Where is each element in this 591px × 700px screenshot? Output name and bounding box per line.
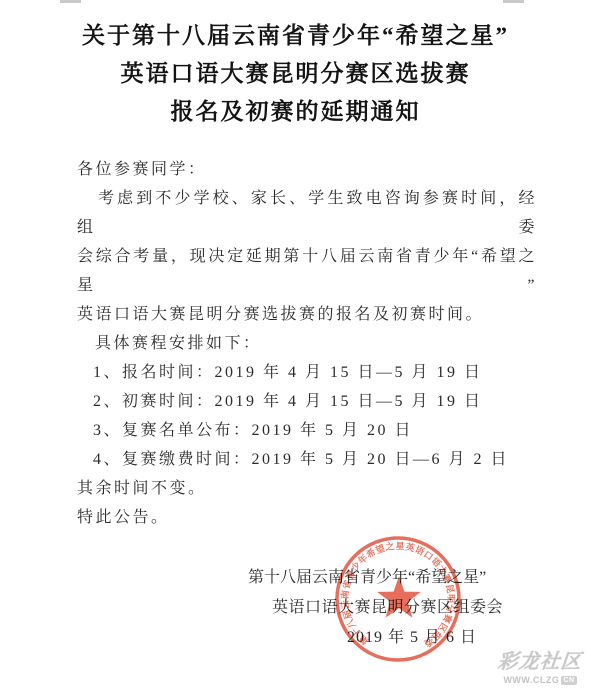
body-line: 英语口语大赛昆明分赛选拔赛的报名及初赛时间。	[77, 300, 537, 329]
signature-date: 2019 年 5 月 6 日	[347, 624, 477, 647]
body-line: 特此公告。	[77, 503, 537, 532]
body-line: 4、复赛缴费时间：2019 年 5 月 20 日—6 月 2 日	[77, 445, 537, 474]
title-line-1: 关于第十八届云南省青少年“希望之星”	[0, 17, 591, 55]
scan-artifact-top-left	[60, 0, 81, 3]
body-line: 各位参赛同学：	[77, 155, 537, 184]
body-line: 会综合考量，现决定延期第十八届云南省青少年“希望之星”	[77, 242, 537, 300]
notice-body: 各位参赛同学：考虑到不少学校、家长、学生致电咨询参赛时间，经组委会综合考量，现决…	[77, 155, 537, 532]
signature-org-line-2: 英语口语大赛昆明分赛区组委会	[272, 594, 503, 617]
watermark-site-name: 彩龙社区	[490, 645, 589, 674]
body-line: 具体赛程安排如下：	[77, 329, 537, 358]
body-line: 考虑到不少学校、家长、学生致电咨询参赛时间，经组委	[77, 184, 537, 242]
notice-title: 关于第十八届云南省青少年“希望之星” 英语口语大赛昆明分赛区选拔赛 报名及初赛的…	[0, 17, 591, 131]
title-line-3: 报名及初赛的延期通知	[0, 93, 591, 131]
document-page: 关于第十八届云南省青少年“希望之星” 英语口语大赛昆明分赛区选拔赛 报名及初赛的…	[0, 0, 591, 700]
scan-artifact-top-right	[503, 0, 524, 3]
body-line: 2、初赛时间：2019 年 4 月 15 日—5 月 19 日	[77, 387, 537, 416]
signature-org-line-1: 第十八届云南省青少年“希望之星”	[248, 564, 486, 587]
body-line: 3、复赛名单公布：2019 年 5 月 20 日	[77, 416, 537, 445]
watermark-url-row: WWW.CLZG CN	[492, 675, 588, 685]
watermark-url-text: WWW.CLZG	[503, 675, 559, 685]
body-line: 1、报名时间：2019 年 4 月 15 日—5 月 19 日	[77, 358, 537, 387]
body-line: 其余时间不变。	[77, 474, 537, 503]
watermark-logo: 彩龙社区 WWW.CLZG CN	[492, 645, 588, 685]
title-line-2: 英语口语大赛昆明分赛区选拔赛	[0, 55, 591, 93]
watermark-cn-badge: CN	[561, 676, 576, 685]
